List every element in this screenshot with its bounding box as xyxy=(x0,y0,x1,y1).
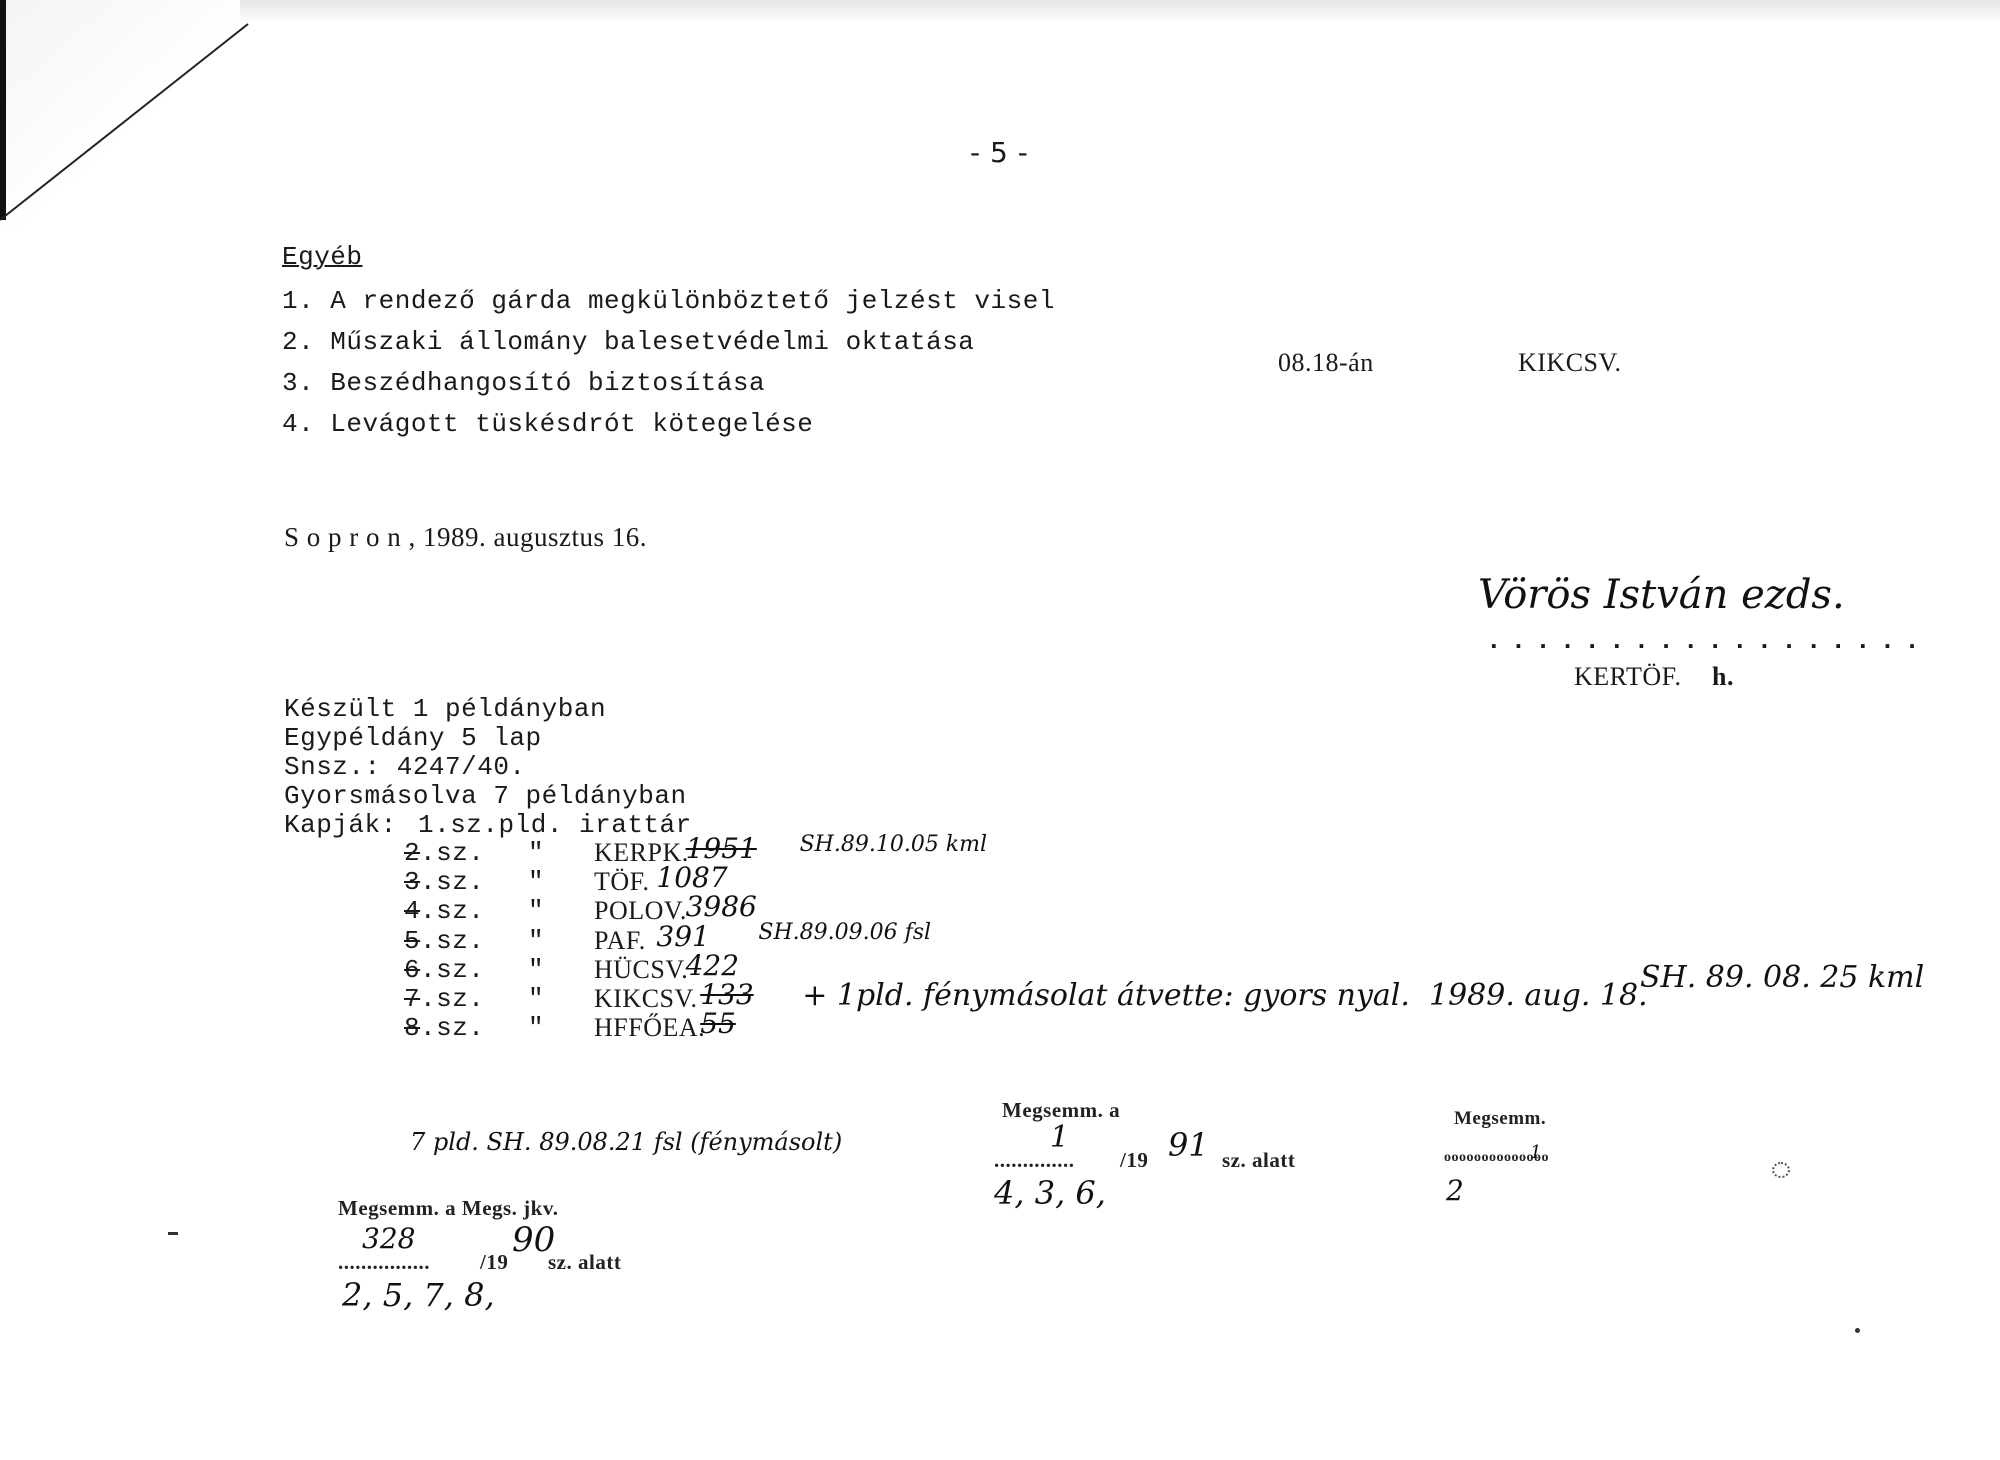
ink-speck xyxy=(168,1232,178,1235)
stamp-number: 1 xyxy=(1530,1142,1541,1163)
ditto-mark: " xyxy=(528,867,544,897)
stamp-suffix: sz. alatt xyxy=(1222,1148,1295,1173)
copy-sz: .sz. xyxy=(420,867,484,897)
stamp-year-prefix: /19 xyxy=(1120,1148,1148,1173)
copy-number: 5 xyxy=(404,926,420,956)
copy-number: 2 xyxy=(404,838,420,868)
photocopies: Gyorsmásolva 7 példányban xyxy=(284,781,687,811)
stamp-label: Megsemm. xyxy=(1454,1108,1546,1130)
list-item: 4. Levágott tüskésdrót kötegelése xyxy=(282,409,813,439)
signatory-suffix: h. xyxy=(1712,662,1734,692)
copy-number: 3 xyxy=(404,867,420,897)
signatory-title: KERTÖF. xyxy=(1574,662,1681,692)
page-number: - 5 - xyxy=(970,138,1028,168)
section-heading: Egyéb xyxy=(282,242,363,272)
stamp-handwritten: 2, 5, 7, 8, xyxy=(342,1276,495,1314)
copy-number: 7 xyxy=(404,984,420,1014)
recipient-first: 1.sz.pld. irattár xyxy=(418,810,692,840)
stamp-dots: ................ xyxy=(338,1250,430,1275)
ditto-mark: " xyxy=(528,896,544,926)
handwritten-note: SH.89.09.06 fsl xyxy=(758,920,931,945)
handwritten-note: + 1pld. fénymásolat átvette: gyors nyal.… xyxy=(802,978,1647,1013)
handwritten-signature: Vörös István ezds. xyxy=(1478,572,1845,618)
copy-sz: .sz. xyxy=(420,1013,484,1043)
handwritten-note: SH. 89. 08. 25 kml xyxy=(1640,960,1924,995)
signature-dotted-line: .................. xyxy=(1486,626,1929,656)
ditto-mark: " xyxy=(528,984,544,1014)
list-item: 2. Műszaki állomány balesetvédelmi oktat… xyxy=(282,327,974,357)
ditto-mark: " xyxy=(528,838,544,868)
stamp-label: Megsemm. a Megs. jkv. xyxy=(338,1196,558,1221)
scanned-document-page: - 5 - Egyéb 1. A rendező gárda megkülönb… xyxy=(0,0,2000,1460)
registration-number: 55 xyxy=(700,1007,736,1040)
handwritten-footer-note: 7 pld. SH. 89.08.21 fsl (fénymásolt) xyxy=(410,1128,842,1156)
ink-speck xyxy=(1855,1328,1860,1333)
copy-sz: .sz. xyxy=(420,955,484,985)
ditto-mark: " xyxy=(528,926,544,956)
ditto-mark: " xyxy=(528,1013,544,1043)
copy-sz: .sz. xyxy=(420,838,484,868)
responsible-unit: KIKCSV. xyxy=(1518,348,1621,378)
registration-number: 1951 xyxy=(686,832,757,865)
copy-number: 8 xyxy=(404,1013,420,1043)
recipient: HÜCSV. xyxy=(594,955,688,985)
copy-sz: .sz. xyxy=(420,984,484,1014)
stamp-dots: .............. xyxy=(994,1148,1075,1173)
stamp-year: 91 xyxy=(1168,1126,1209,1164)
registration-number: 133 xyxy=(700,978,753,1011)
place-date: S o p r o n , 1989. augusztus 16. xyxy=(284,522,647,552)
handwritten-note: SH.89.10.05 kml xyxy=(800,832,987,857)
copies-made: Készült 1 példányban xyxy=(284,694,606,724)
fold-line xyxy=(0,0,300,260)
stamp-handwritten: 2 xyxy=(1446,1174,1464,1207)
page-top-edge-shadow xyxy=(240,0,2000,24)
list-item: 3. Beszédhangosító biztosítása xyxy=(282,368,765,398)
ditto-mark: " xyxy=(528,955,544,985)
stamp-suffix: sz. alatt xyxy=(548,1250,621,1275)
stamp-handwritten: 4, 3, 6, xyxy=(994,1174,1106,1212)
list-item: 1. A rendező gárda megkülönböztető jelzé… xyxy=(282,286,1055,316)
recipient: HFFŐEA. xyxy=(594,1013,705,1043)
registry-number: Snsz.: 4247/40. xyxy=(284,752,526,782)
copy-sz: .sz. xyxy=(420,896,484,926)
deadline: 08.18-án xyxy=(1278,348,1374,378)
copy-number: 6 xyxy=(404,955,420,985)
registration-number: 1087 xyxy=(656,861,727,894)
copy-sz: .sz. xyxy=(420,926,484,956)
recipients-label: Kapják: xyxy=(284,810,397,840)
registration-number: 3986 xyxy=(686,890,757,923)
registration-number: 391 xyxy=(656,920,709,953)
pages-per-copy: Egypéldány 5 lap xyxy=(284,723,542,753)
recipient: TÖF. xyxy=(594,867,650,897)
stamp-year-prefix: /19 xyxy=(480,1250,508,1275)
registration-number: 422 xyxy=(686,949,739,982)
ink-speck xyxy=(1772,1162,1790,1178)
recipient: KIKCSV. xyxy=(594,984,697,1014)
recipient: PAF. xyxy=(594,926,646,956)
copy-number: 4 xyxy=(404,896,420,926)
